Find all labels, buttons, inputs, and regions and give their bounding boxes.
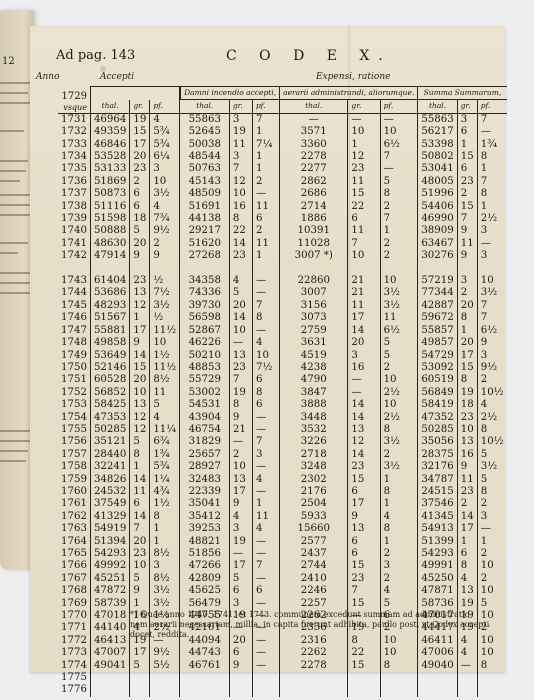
gr-cell: 13 bbox=[130, 399, 150, 411]
pf-cell: 4 bbox=[252, 523, 279, 535]
table-row: 17484985891046226—4363120549857209 bbox=[58, 337, 507, 349]
thal-cell: 46754 bbox=[181, 424, 230, 436]
thal-cell: 27268 bbox=[181, 250, 230, 262]
pf-cell: 6 bbox=[252, 374, 279, 386]
gr-cell: 14 bbox=[130, 350, 150, 362]
pf-cell: 11¼ bbox=[150, 424, 180, 436]
pf-cell: 7 bbox=[477, 312, 506, 324]
thal-cell: 3631 bbox=[280, 337, 348, 349]
thal-cell bbox=[90, 672, 129, 684]
thal-cell: 50763 bbox=[181, 163, 230, 175]
gr-cell: 14 bbox=[229, 238, 252, 250]
pf-cell: 2 bbox=[477, 548, 506, 560]
pf-cell: 8 bbox=[477, 486, 506, 498]
pf-cell: 4 bbox=[477, 399, 506, 411]
gr-cell: 6 bbox=[130, 201, 150, 213]
thal-cell: 10391 bbox=[280, 225, 348, 237]
thal-cell: 2176 bbox=[280, 486, 348, 498]
gr-cell: 12 bbox=[130, 424, 150, 436]
pf-cell: — bbox=[252, 573, 279, 585]
gr-cell: 10 bbox=[130, 560, 150, 572]
pf-cell: 6 bbox=[252, 399, 279, 411]
gr-cell: 20 bbox=[130, 536, 150, 548]
table-row: 17572844081¾2565723271814228375165 bbox=[58, 449, 507, 461]
gr-cell: 6 bbox=[229, 647, 252, 659]
gr-cell: 17 bbox=[348, 498, 380, 510]
pf-cell: 2 bbox=[380, 201, 418, 213]
gr-cell: 12 bbox=[130, 412, 150, 424]
pf-cell: 4 bbox=[252, 474, 279, 486]
gr-cell: 15 bbox=[348, 188, 380, 200]
pf-cell: — bbox=[477, 126, 506, 138]
thal-cell: 28375 bbox=[418, 449, 457, 461]
gr-cell: 17 bbox=[348, 312, 380, 324]
gr-cell: 14 bbox=[457, 511, 477, 523]
pf-cell: 11 bbox=[252, 511, 279, 523]
gr-cell: 11 bbox=[348, 176, 380, 188]
table-row: 175160528208½55729764790—106051982 bbox=[58, 374, 507, 386]
pf-cell: 1 bbox=[477, 536, 506, 548]
table-row: 176354919713925334156601385491317— bbox=[58, 523, 507, 535]
gr-cell: 18 bbox=[457, 399, 477, 411]
gr-cell: 9 bbox=[229, 412, 252, 424]
thal-cell: 50210 bbox=[181, 350, 230, 362]
facing-page-edge: 12 bbox=[0, 10, 34, 570]
gr-cell: 15 bbox=[457, 201, 477, 213]
thal-cell: 2504 bbox=[280, 498, 348, 510]
header-aerarii: aerarii administrandi, aliorumque. bbox=[280, 87, 418, 100]
thal-cell: 2744 bbox=[280, 560, 348, 572]
gr-cell: 3 bbox=[457, 275, 477, 287]
gr-cell: 4 bbox=[457, 647, 477, 659]
gr-cell: 1 bbox=[130, 312, 150, 324]
year-cell: 1741 bbox=[58, 238, 90, 250]
year-cell: 1735 bbox=[58, 163, 90, 175]
pf-cell: 1 bbox=[380, 536, 418, 548]
thal-cell: — bbox=[280, 113, 348, 126]
pf-cell: 3½ bbox=[380, 287, 418, 299]
year-cell: 1770 bbox=[58, 610, 90, 622]
thal-cell bbox=[90, 684, 129, 696]
table-row: 175447353124439049—3448142½47352232½ bbox=[58, 412, 507, 424]
table-row: 173951598187¾44138861886674699072½ bbox=[58, 213, 507, 225]
pf-cell: 5 bbox=[477, 449, 506, 461]
year-cell: 1737 bbox=[58, 188, 90, 200]
gr-cell: 17 bbox=[130, 139, 150, 151]
gr-cell: 19 bbox=[229, 387, 252, 399]
year-cell: 1750 bbox=[58, 362, 90, 374]
thal-cell: 3226 bbox=[280, 436, 348, 448]
thal-cell: 2410 bbox=[280, 573, 348, 585]
thal-cell: 47352 bbox=[418, 412, 457, 424]
thal-cell: 3532 bbox=[280, 424, 348, 436]
pf-cell: 10 bbox=[477, 647, 506, 659]
gr-cell: 23 bbox=[457, 486, 477, 498]
pf-cell: — bbox=[477, 523, 506, 535]
year-cell: 1740 bbox=[58, 225, 90, 237]
thal-cell: 35041 bbox=[181, 498, 230, 510]
gr-cell: 1 bbox=[457, 536, 477, 548]
thal-cell: 29217 bbox=[181, 225, 230, 237]
thal-cell: 32483 bbox=[181, 474, 230, 486]
gr-cell: 1 bbox=[130, 598, 150, 610]
pf-cell: 11 bbox=[252, 201, 279, 213]
year-cell: 1776 bbox=[58, 684, 90, 696]
pf-cell: ½ bbox=[150, 275, 180, 287]
pf-cell: 3½ bbox=[150, 598, 180, 610]
thal-cell: 53649 bbox=[90, 350, 129, 362]
gr-cell: 11 bbox=[457, 238, 477, 250]
header-summa: Summa Summarum, bbox=[418, 87, 506, 100]
pf-cell: 10 bbox=[477, 585, 506, 597]
thal-cell: 45251 bbox=[90, 573, 129, 585]
gr-cell: 2 bbox=[457, 287, 477, 299]
thal-cell: 54293 bbox=[418, 548, 457, 560]
gr-cell: 20 bbox=[229, 300, 252, 312]
thal-cell: 54293 bbox=[90, 548, 129, 560]
label-anno: Anno bbox=[36, 72, 60, 82]
pf-cell: 7½ bbox=[150, 287, 180, 299]
gr-cell: 7 bbox=[348, 238, 380, 250]
gr-cell: 9 bbox=[130, 585, 150, 597]
pf-cell: 6¼ bbox=[150, 151, 180, 163]
thal-cell: 3007 bbox=[280, 287, 348, 299]
gr-cell: 7 bbox=[348, 585, 380, 597]
year-cell: 1753 bbox=[58, 399, 90, 411]
thal-cell: 55729 bbox=[181, 374, 230, 386]
gr-cell: 20 bbox=[130, 238, 150, 250]
thal-cell: 50285 bbox=[418, 424, 457, 436]
pf-cell: 10½ bbox=[477, 436, 506, 448]
pf-cell: 6½ bbox=[380, 325, 418, 337]
thal-cell: 44743 bbox=[181, 647, 230, 659]
gr-cell: 23 bbox=[348, 461, 380, 473]
gr-cell: 3 bbox=[229, 523, 252, 535]
table-row: 17375087363½4850910—26861585199628 bbox=[58, 188, 507, 200]
pf-cell bbox=[150, 684, 180, 696]
gr-cell: 16 bbox=[457, 449, 477, 461]
year-cell: 1765 bbox=[58, 548, 90, 560]
thal-cell: 22339 bbox=[181, 486, 230, 498]
thal-cell: 3571 bbox=[280, 126, 348, 138]
table-row: 1775 bbox=[58, 672, 507, 684]
thal-cell: 55857 bbox=[418, 325, 457, 337]
thal-cell: 2577 bbox=[280, 536, 348, 548]
pf-cell: ½ bbox=[150, 312, 180, 324]
pf-cell: 2 bbox=[477, 498, 506, 510]
pf-cell: 11 bbox=[380, 312, 418, 324]
year-cell: 1757 bbox=[58, 449, 90, 461]
thal-cell: 55863 bbox=[181, 113, 230, 126]
thal-cell: 41329 bbox=[90, 511, 129, 523]
thal-cell: 3888 bbox=[280, 399, 348, 411]
gr-cell: 4 bbox=[229, 511, 252, 523]
pf-cell: 2 bbox=[380, 449, 418, 461]
year-until: vsque bbox=[63, 103, 87, 112]
gr-cell: 9 bbox=[348, 511, 380, 523]
table-row: 17365186921045143122286211548005237 bbox=[58, 176, 507, 188]
pf-cell: 2 bbox=[380, 548, 418, 560]
thal-cell: 11028 bbox=[280, 238, 348, 250]
table-row: 17664999210347266177274415349991810 bbox=[58, 560, 507, 572]
pf-cell: 6½ bbox=[380, 139, 418, 151]
gr-cell: 7 bbox=[229, 374, 252, 386]
thal-cell: 50038 bbox=[181, 139, 230, 151]
gr-cell: 9 bbox=[457, 225, 477, 237]
table-page: Ad pag. 143 C O D E X. Anno Accepti Expe… bbox=[30, 26, 505, 672]
pf-cell: 6 bbox=[252, 213, 279, 225]
pf-cell: 6½ bbox=[477, 325, 506, 337]
gr-cell: 15 bbox=[457, 362, 477, 374]
gr-cell: 23 bbox=[130, 163, 150, 175]
gr-cell: 5 bbox=[130, 573, 150, 585]
gr-cell: 13 bbox=[348, 523, 380, 535]
pf-cell: 5 bbox=[380, 598, 418, 610]
gr-cell: 6 bbox=[457, 126, 477, 138]
gr-cell bbox=[457, 672, 477, 684]
pf-cell: 8 bbox=[380, 486, 418, 498]
thal-cell: 43904 bbox=[181, 412, 230, 424]
thal-cell: 49041 bbox=[90, 660, 129, 672]
gr-cell: 3 bbox=[348, 350, 380, 362]
thal-cell: 37549 bbox=[90, 498, 129, 510]
pf-cell: 3 bbox=[477, 511, 506, 523]
pf-cell: 1 bbox=[150, 523, 180, 535]
gr-cell: 23 bbox=[229, 250, 252, 262]
pf-cell: 11 bbox=[252, 238, 279, 250]
pf-cell: 1 bbox=[252, 498, 279, 510]
pf-cell: 5¾ bbox=[150, 139, 180, 151]
thal-cell: 28927 bbox=[181, 461, 230, 473]
gr-cell: 6 bbox=[130, 498, 150, 510]
gr-cell: 19 bbox=[457, 387, 477, 399]
year-cell: 1771 bbox=[58, 622, 90, 634]
pf-cell: 4 bbox=[150, 113, 180, 126]
gr-cell: 14 bbox=[229, 312, 252, 324]
gr-cell: 9 bbox=[130, 337, 150, 349]
gr-cell: 6 bbox=[348, 548, 380, 560]
thal-cell: 47266 bbox=[181, 560, 230, 572]
table-row: 17424791499272682313007 *)1023027693 bbox=[58, 250, 507, 262]
pf-cell: 2 bbox=[380, 362, 418, 374]
gr-cell: 9 bbox=[130, 250, 150, 262]
thal-cell: 74336 bbox=[181, 287, 230, 299]
gr-cell: 6 bbox=[229, 585, 252, 597]
pf-cell: 3½ bbox=[150, 300, 180, 312]
thal-cell: 47914 bbox=[90, 250, 129, 262]
thal-cell: 1886 bbox=[280, 213, 348, 225]
gr-cell: 23 bbox=[130, 548, 150, 560]
year-cell: 1748 bbox=[58, 337, 90, 349]
pf-cell: 8 bbox=[477, 151, 506, 163]
pf-cell: 3 bbox=[252, 449, 279, 461]
thal-cell: 54406 bbox=[418, 201, 457, 213]
gr-cell: 2 bbox=[457, 498, 477, 510]
gr-cell: 22 bbox=[348, 201, 380, 213]
thal-cell: 3847 bbox=[280, 387, 348, 399]
thal-cell: 54919 bbox=[90, 523, 129, 535]
thal-cell: 44138 bbox=[181, 213, 230, 225]
pf-cell: 2 bbox=[252, 176, 279, 188]
pf-cell: 10 bbox=[380, 275, 418, 287]
pf-cell: 5 bbox=[380, 176, 418, 188]
pf-cell: 8½ bbox=[150, 374, 180, 386]
pf-cell: 4¾ bbox=[150, 486, 180, 498]
pf-cell: 5¾ bbox=[150, 126, 180, 138]
year-cell: 1743 bbox=[58, 275, 90, 287]
gr-cell: 3 bbox=[457, 113, 477, 126]
thal-cell bbox=[280, 684, 348, 696]
pf-cell: 3 bbox=[477, 250, 506, 262]
thal-cell: 51399 bbox=[418, 536, 457, 548]
gr-cell: 19 bbox=[229, 126, 252, 138]
thal-cell: 61404 bbox=[90, 275, 129, 287]
pf-cell: 11 bbox=[150, 387, 180, 399]
table-row: 1752568521011530021983847—2½568491910½ bbox=[58, 387, 507, 399]
table-row: 174453686137½743365—3007213½7734423½ bbox=[58, 287, 507, 299]
pf-cell: 4 bbox=[150, 412, 180, 424]
thal-cell: 22860 bbox=[280, 275, 348, 287]
pf-cell bbox=[380, 684, 418, 696]
table-row: 1735531332335076371227723—5304161 bbox=[58, 163, 507, 175]
pf-cell bbox=[252, 684, 279, 696]
thal-cell: 58736 bbox=[418, 598, 457, 610]
pf-cell: 10 bbox=[252, 350, 279, 362]
pf-cell: 10 bbox=[380, 647, 418, 659]
pf-cell: 2 bbox=[477, 573, 506, 585]
pf-cell: 2 bbox=[380, 573, 418, 585]
gr-cell: 16 bbox=[348, 362, 380, 374]
thal-cell: 34358 bbox=[181, 275, 230, 287]
thal-cell: 53528 bbox=[90, 151, 129, 163]
thal-cell: 56852 bbox=[90, 387, 129, 399]
gr-cell: 14 bbox=[130, 511, 150, 523]
gr-cell: 6 bbox=[348, 213, 380, 225]
pf-cell: 7 bbox=[252, 113, 279, 126]
thal-cell bbox=[280, 672, 348, 684]
year-cell: 1751 bbox=[58, 374, 90, 386]
thal-cell: 35121 bbox=[90, 436, 129, 448]
gr-cell: 12 bbox=[229, 176, 252, 188]
gr-cell: 10 bbox=[130, 387, 150, 399]
thal-cell: 2759 bbox=[280, 325, 348, 337]
gr-cell: 21 bbox=[229, 424, 252, 436]
thal-cell: 34826 bbox=[90, 474, 129, 486]
gr-cell: 17 bbox=[229, 560, 252, 572]
pf-cell: 11½ bbox=[150, 325, 180, 337]
year-cell: 1763 bbox=[58, 523, 90, 535]
thal-cell: 58739 bbox=[90, 598, 129, 610]
pf-cell: 4 bbox=[380, 511, 418, 523]
year-cell: 1769 bbox=[58, 598, 90, 610]
pf-cell: 1 bbox=[477, 163, 506, 175]
pf-cell: — bbox=[252, 660, 279, 672]
gr-cell: 15 bbox=[348, 560, 380, 572]
gr-cell: — bbox=[348, 374, 380, 386]
thal-cell: 2277 bbox=[280, 163, 348, 175]
pf-cell bbox=[380, 672, 418, 684]
thal-cell: 50873 bbox=[90, 188, 129, 200]
thal-cell: 60528 bbox=[90, 374, 129, 386]
gr-cell: 3 bbox=[229, 151, 252, 163]
thal-cell: 48544 bbox=[181, 151, 230, 163]
gr-cell: 6 bbox=[457, 163, 477, 175]
thal-cell: 46846 bbox=[90, 139, 129, 151]
thal-cell: 45143 bbox=[181, 176, 230, 188]
pf-cell: 9½ bbox=[150, 647, 180, 659]
pf-cell: 9 bbox=[477, 337, 506, 349]
year-cell: 1766 bbox=[58, 560, 90, 572]
thal-cell: 48821 bbox=[181, 536, 230, 548]
header-damni: Damni incendio accepti, bbox=[181, 87, 280, 100]
thal-cell: 4238 bbox=[280, 362, 348, 374]
thal-cell: 53041 bbox=[418, 163, 457, 175]
pf-cell: 3½ bbox=[380, 461, 418, 473]
pf-cell: 7½ bbox=[252, 362, 279, 374]
gr-cell: 5 bbox=[130, 660, 150, 672]
pf-cell: 2½ bbox=[477, 213, 506, 225]
table-row: 173346846175¾50038117¼336016½5339811¾ bbox=[58, 139, 507, 151]
gr-cell: 6 bbox=[348, 536, 380, 548]
thal-cell: 30276 bbox=[418, 250, 457, 262]
pf-cell bbox=[477, 684, 506, 696]
thal-cell: 35056 bbox=[418, 436, 457, 448]
gr-cell: 17 bbox=[130, 325, 150, 337]
thal-cell: 45250 bbox=[418, 573, 457, 585]
thal-cell: 57219 bbox=[418, 275, 457, 287]
thal-cell: 2302 bbox=[280, 474, 348, 486]
thal-cell: 47018 bbox=[90, 610, 129, 622]
thal-cell: 51598 bbox=[90, 213, 129, 225]
gr-cell: 3 bbox=[229, 598, 252, 610]
year-cell: 1739 bbox=[58, 213, 90, 225]
pf-cell: — bbox=[252, 424, 279, 436]
year-cell: 1768 bbox=[58, 585, 90, 597]
pf-cell: — bbox=[252, 188, 279, 200]
thal-cell: 51856 bbox=[181, 548, 230, 560]
gr-cell: 18 bbox=[130, 213, 150, 225]
thal-cell: 53133 bbox=[90, 163, 129, 175]
gr-cell: 11 bbox=[457, 474, 477, 486]
thal-cell: 54913 bbox=[418, 523, 457, 535]
pf-cell: 6 bbox=[252, 585, 279, 597]
table-row: 1762413291483541241159339441345143 bbox=[58, 511, 507, 523]
gr-cell: 9 bbox=[457, 461, 477, 473]
gr-cell: — bbox=[229, 548, 252, 560]
gr-cell: 2 bbox=[229, 449, 252, 461]
gr-cell: 8 bbox=[130, 449, 150, 461]
footnote-marker: *) bbox=[130, 610, 137, 619]
thal-cell: 42809 bbox=[181, 573, 230, 585]
pf-cell: 1¾ bbox=[477, 139, 506, 151]
thal-cell bbox=[181, 684, 230, 696]
gr-cell: 2 bbox=[130, 176, 150, 188]
pf-cell: 3½ bbox=[150, 585, 180, 597]
year-cell: 1731 bbox=[58, 113, 90, 126]
pf-cell: 5 bbox=[477, 474, 506, 486]
gr-cell: 19 bbox=[229, 536, 252, 548]
gr-cell: 17 bbox=[229, 486, 252, 498]
pf-cell: 3 bbox=[150, 163, 180, 175]
thal-cell: 48293 bbox=[90, 300, 129, 312]
gr-cell: 5 bbox=[229, 573, 252, 585]
thal-cell: 51996 bbox=[418, 188, 457, 200]
thal-cell: 56849 bbox=[418, 387, 457, 399]
gr-cell: 23 bbox=[457, 412, 477, 424]
gr-cell: 23 bbox=[229, 362, 252, 374]
year-cell: 1773 bbox=[58, 647, 90, 659]
footnote-text: Quae anno 1740. 1741. et 1743. communem … bbox=[130, 610, 489, 639]
